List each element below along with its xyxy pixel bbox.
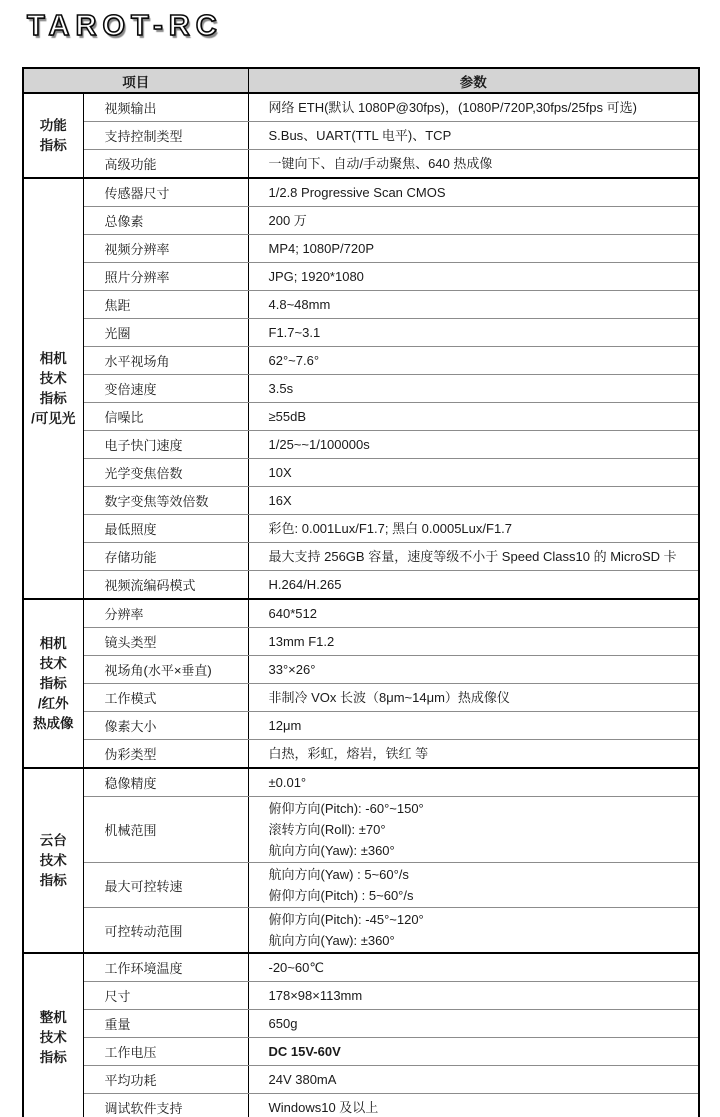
table-row: 尺寸178×98×113mm	[23, 982, 699, 1010]
value-line: Windows10 及以上	[269, 1097, 695, 1117]
logo: TAROT-RC	[27, 10, 223, 43]
group-label-line: 技术	[26, 1028, 81, 1048]
value-line: 24V 380mA	[269, 1069, 695, 1090]
item-cell: 信噪比	[83, 403, 248, 431]
item-cell: 可控转动范围	[83, 908, 248, 954]
value-cell: DC 15V-60V	[248, 1038, 699, 1066]
value-line: 62°~7.6°	[269, 350, 695, 371]
value-line: 1/2.8 Progressive Scan CMOS	[269, 182, 695, 203]
value-line: 13mm F1.2	[269, 631, 695, 652]
value-cell: Windows10 及以上	[248, 1094, 699, 1117]
table-row: 伪彩类型白热，彩虹，熔岩，铁红 等	[23, 740, 699, 769]
value-cell: 俯仰方向(Pitch): -60°~150°滚转方向(Roll): ±70°航向…	[248, 797, 699, 863]
item-cell: 最大可控转速	[83, 863, 248, 908]
value-line: 白热，彩虹，熔岩，铁红 等	[269, 743, 695, 764]
value-cell: 白热，彩虹，熔岩，铁红 等	[248, 740, 699, 769]
group-label-line: 相机	[26, 634, 81, 654]
value-cell: 最大支持 256GB 容量，速度等级不小于 Speed Class10 的 Mi…	[248, 543, 699, 571]
table-row: 工作电压DC 15V-60V	[23, 1038, 699, 1066]
value-line: 4.8~48mm	[269, 294, 695, 315]
value-cell: 650g	[248, 1010, 699, 1038]
group-label-line: 相机	[26, 349, 81, 369]
table-row: 变倍速度3.5s	[23, 375, 699, 403]
value-cell: 4.8~48mm	[248, 291, 699, 319]
table-row: 照片分辨率JPG; 1920*1080	[23, 263, 699, 291]
table-row: 整机技术指标工作环境温度-20~60℃	[23, 953, 699, 982]
value-cell: 640*512	[248, 599, 699, 628]
value-cell: 非制冷 VOx 长波（8μm~14μm）热成像仪	[248, 684, 699, 712]
value-line: 16X	[269, 490, 695, 511]
item-cell: 最低照度	[83, 515, 248, 543]
value-cell: H.264/H.265	[248, 571, 699, 600]
item-cell: 镜头类型	[83, 628, 248, 656]
item-cell: 支持控制类型	[83, 122, 248, 150]
group-label-line: 技术	[26, 851, 81, 871]
value-cell: 13mm F1.2	[248, 628, 699, 656]
table-row: 功能指标视频输出网络 ETH(默认 1080P@30fps)，(1080P/72…	[23, 93, 699, 122]
value-cell: ±0.01°	[248, 768, 699, 797]
table-row: 机械范围俯仰方向(Pitch): -60°~150°滚转方向(Roll): ±7…	[23, 797, 699, 863]
table-row: 光学变焦倍数10X	[23, 459, 699, 487]
table-row: 电子快门速度1/25~~1/100000s	[23, 431, 699, 459]
value-cell: 12μm	[248, 712, 699, 740]
group-label-cell: 云台技术指标	[23, 768, 83, 953]
table-row: 支持控制类型S.Bus、UART(TTL 电平)、TCP	[23, 122, 699, 150]
value-cell: 200 万	[248, 207, 699, 235]
value-line: 航向方向(Yaw) : 5~60°/s	[269, 864, 695, 885]
value-cell: 3.5s	[248, 375, 699, 403]
item-cell: 分辨率	[83, 599, 248, 628]
group-label-line: 指标	[26, 871, 81, 891]
spec-table-body: 功能指标视频输出网络 ETH(默认 1080P@30fps)，(1080P/72…	[23, 93, 699, 1117]
value-line: 俯仰方向(Pitch) : 5~60°/s	[269, 885, 695, 906]
value-cell: 178×98×113mm	[248, 982, 699, 1010]
value-line: 一键向下、自动/手动聚焦、640 热成像	[269, 153, 695, 174]
table-row: 重量650g	[23, 1010, 699, 1038]
item-cell: 数字变焦等效倍数	[83, 487, 248, 515]
item-cell: 光学变焦倍数	[83, 459, 248, 487]
table-row: 高级功能一键向下、自动/手动聚焦、640 热成像	[23, 150, 699, 179]
item-cell: 工作电压	[83, 1038, 248, 1066]
value-cell: -20~60℃	[248, 953, 699, 982]
group-label-cell: 整机技术指标	[23, 953, 83, 1117]
group-label-line: /可见光	[26, 409, 81, 429]
group-label-cell: 相机技术指标/红外热成像	[23, 599, 83, 768]
table-row: 视频分辨率MP4; 1080P/720P	[23, 235, 699, 263]
table-row: 视频流编码模式H.264/H.265	[23, 571, 699, 600]
value-line: F1.7~3.1	[269, 322, 695, 343]
value-cell: 1/2.8 Progressive Scan CMOS	[248, 178, 699, 207]
value-cell: 俯仰方向(Pitch): -45°~120°航向方向(Yaw): ±360°	[248, 908, 699, 954]
item-cell: 视频分辨率	[83, 235, 248, 263]
value-line: 3.5s	[269, 378, 695, 399]
value-cell: 航向方向(Yaw) : 5~60°/s俯仰方向(Pitch) : 5~60°/s	[248, 863, 699, 908]
value-line: 1/25~~1/100000s	[269, 434, 695, 455]
group-label-cell: 相机技术指标/可见光	[23, 178, 83, 599]
item-cell: 尺寸	[83, 982, 248, 1010]
value-cell: S.Bus、UART(TTL 电平)、TCP	[248, 122, 699, 150]
group-label-line: 整机	[26, 1008, 81, 1028]
item-cell: 工作模式	[83, 684, 248, 712]
value-cell: F1.7~3.1	[248, 319, 699, 347]
value-cell: 16X	[248, 487, 699, 515]
value-line: 最大支持 256GB 容量，速度等级不小于 Speed Class10 的 Mi…	[269, 546, 695, 567]
value-line: 33°×26°	[269, 659, 695, 680]
value-line: 640*512	[269, 603, 695, 624]
spec-table: 项目 参数 功能指标视频输出网络 ETH(默认 1080P@30fps)，(10…	[22, 67, 700, 1117]
value-line: 网络 ETH(默认 1080P@30fps)，(1080P/720P,30fps…	[269, 97, 695, 118]
item-cell: 工作环境温度	[83, 953, 248, 982]
value-line: 航向方向(Yaw): ±360°	[269, 930, 695, 951]
table-row: 工作模式非制冷 VOx 长波（8μm~14μm）热成像仪	[23, 684, 699, 712]
item-cell: 焦距	[83, 291, 248, 319]
value-line: 178×98×113mm	[269, 985, 695, 1006]
table-row: 平均功耗24V 380mA	[23, 1066, 699, 1094]
value-line: 航向方向(Yaw): ±360°	[269, 840, 695, 861]
table-row: 光圈F1.7~3.1	[23, 319, 699, 347]
group-label-line: 功能	[26, 116, 81, 136]
table-row: 焦距4.8~48mm	[23, 291, 699, 319]
value-cell: 33°×26°	[248, 656, 699, 684]
table-row: 调试软件支持Windows10 及以上	[23, 1094, 699, 1117]
value-line: DC 15V-60V	[269, 1041, 695, 1062]
item-cell: 照片分辨率	[83, 263, 248, 291]
table-row: 存储功能最大支持 256GB 容量，速度等级不小于 Speed Class10 …	[23, 543, 699, 571]
table-row: 像素大小12μm	[23, 712, 699, 740]
value-line: JPG; 1920*1080	[269, 266, 695, 287]
value-line: 俯仰方向(Pitch): -60°~150°	[269, 798, 695, 819]
column-header-param: 参数	[248, 68, 699, 93]
value-cell: 彩色: 0.001Lux/F1.7; 黑白 0.0005Lux/F1.7	[248, 515, 699, 543]
table-row: 水平视场角62°~7.6°	[23, 347, 699, 375]
value-cell: JPG; 1920*1080	[248, 263, 699, 291]
table-row: 云台技术指标稳像精度±0.01°	[23, 768, 699, 797]
item-cell: 重量	[83, 1010, 248, 1038]
item-cell: 光圈	[83, 319, 248, 347]
group-label-line: 指标	[26, 674, 81, 694]
table-row: 最低照度彩色: 0.001Lux/F1.7; 黑白 0.0005Lux/F1.7	[23, 515, 699, 543]
table-row: 相机技术指标/可见光传感器尺寸1/2.8 Progressive Scan CM…	[23, 178, 699, 207]
value-cell: 24V 380mA	[248, 1066, 699, 1094]
value-line: ±0.01°	[269, 772, 695, 793]
value-cell: ≥55dB	[248, 403, 699, 431]
table-row: 总像素200 万	[23, 207, 699, 235]
item-cell: 变倍速度	[83, 375, 248, 403]
table-row: 相机技术指标/红外热成像分辨率640*512	[23, 599, 699, 628]
value-line: 10X	[269, 462, 695, 483]
group-label-line: 指标	[26, 136, 81, 156]
group-label-line: 技术	[26, 369, 81, 389]
value-cell: 1/25~~1/100000s	[248, 431, 699, 459]
spec-table-header: 项目 参数	[23, 68, 699, 93]
group-label-line: 指标	[26, 1048, 81, 1068]
item-cell: 稳像精度	[83, 768, 248, 797]
value-line: 非制冷 VOx 长波（8μm~14μm）热成像仪	[269, 687, 695, 708]
value-line: ≥55dB	[269, 406, 695, 427]
group-label-cell: 功能指标	[23, 93, 83, 178]
value-line: 12μm	[269, 715, 695, 736]
table-row: 镜头类型13mm F1.2	[23, 628, 699, 656]
group-label-line: 技术	[26, 654, 81, 674]
item-cell: 平均功耗	[83, 1066, 248, 1094]
item-cell: 高级功能	[83, 150, 248, 179]
item-cell: 视频流编码模式	[83, 571, 248, 600]
value-line: MP4; 1080P/720P	[269, 238, 695, 259]
table-row: 最大可控转速航向方向(Yaw) : 5~60°/s俯仰方向(Pitch) : 5…	[23, 863, 699, 908]
item-cell: 伪彩类型	[83, 740, 248, 769]
value-line: 彩色: 0.001Lux/F1.7; 黑白 0.0005Lux/F1.7	[269, 518, 695, 539]
value-line: 650g	[269, 1013, 695, 1034]
value-cell: 62°~7.6°	[248, 347, 699, 375]
value-cell: 10X	[248, 459, 699, 487]
value-line: -20~60℃	[269, 957, 695, 978]
value-cell: 一键向下、自动/手动聚焦、640 热成像	[248, 150, 699, 179]
item-cell: 调试软件支持	[83, 1094, 248, 1117]
item-cell: 传感器尺寸	[83, 178, 248, 207]
item-cell: 视频输出	[83, 93, 248, 122]
table-row: 数字变焦等效倍数16X	[23, 487, 699, 515]
item-cell: 像素大小	[83, 712, 248, 740]
item-cell: 电子快门速度	[83, 431, 248, 459]
group-label-line: 指标	[26, 389, 81, 409]
item-cell: 水平视场角	[83, 347, 248, 375]
value-line: H.264/H.265	[269, 574, 695, 595]
group-label-line: /红外	[26, 694, 81, 714]
value-line: S.Bus、UART(TTL 电平)、TCP	[269, 125, 695, 146]
group-label-line: 热成像	[26, 714, 81, 734]
header-row: 项目 参数	[23, 68, 699, 93]
value-line: 俯仰方向(Pitch): -45°~120°	[269, 909, 695, 930]
value-cell: 网络 ETH(默认 1080P@30fps)，(1080P/720P,30fps…	[248, 93, 699, 122]
table-row: 可控转动范围俯仰方向(Pitch): -45°~120°航向方向(Yaw): ±…	[23, 908, 699, 954]
value-line: 200 万	[269, 210, 695, 231]
table-row: 视场角(水平×垂直)33°×26°	[23, 656, 699, 684]
item-cell: 机械范围	[83, 797, 248, 863]
group-label-line: 云台	[26, 831, 81, 851]
column-header-item: 项目	[23, 68, 248, 93]
item-cell: 总像素	[83, 207, 248, 235]
table-row: 信噪比≥55dB	[23, 403, 699, 431]
item-cell: 存储功能	[83, 543, 248, 571]
value-cell: MP4; 1080P/720P	[248, 235, 699, 263]
item-cell: 视场角(水平×垂直)	[83, 656, 248, 684]
value-line: 滚转方向(Roll): ±70°	[269, 819, 695, 840]
